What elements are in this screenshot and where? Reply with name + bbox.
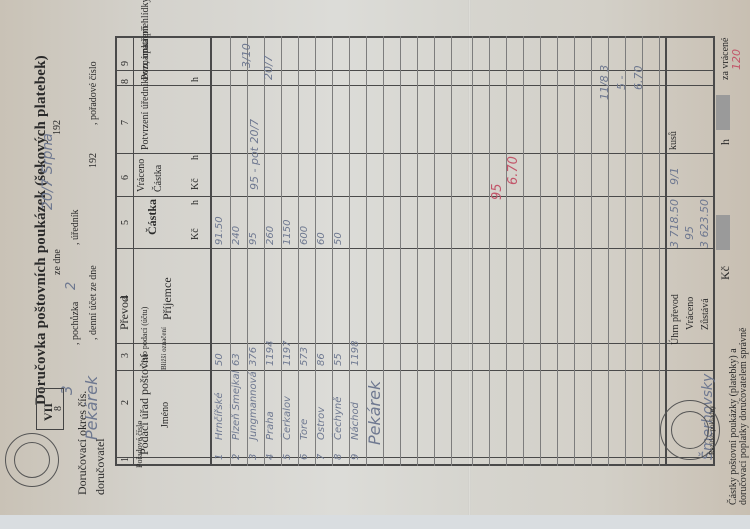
header-divider	[210, 36, 212, 466]
summary-value-uhrn: 3 718.50	[668, 199, 681, 248]
red-annotation-1: 95	[490, 183, 505, 200]
stamp-label: Razítko pokladny	[708, 405, 716, 455]
col-7-num: 7	[120, 120, 131, 125]
remark-1: 20/7	[262, 55, 275, 80]
col-2-num: 2	[120, 400, 131, 405]
row-8-office: Čechyně	[333, 397, 344, 440]
label-denni-ucet: , denní účet ze dne	[88, 265, 99, 340]
document-sheet: Doručovka poštovních poukázek (šekových …	[0, 0, 750, 515]
right-note-3: 6.70	[632, 66, 645, 91]
footer-h: h	[718, 139, 733, 145]
col-5-sub-h: h	[190, 200, 201, 205]
row-7-amount: 60	[316, 232, 327, 245]
paper-fold	[468, 0, 471, 515]
box-stamp-number: 8	[53, 406, 64, 411]
row-9-num: 9	[350, 454, 361, 460]
col-4-label: Příjemce	[160, 277, 175, 320]
summary-value-vraceno: 95	[683, 226, 696, 240]
col-9-num: 9	[120, 61, 131, 66]
row-5-num: 5	[282, 454, 293, 460]
row-1-num: 1	[214, 454, 225, 460]
col-2-sub-name: Jméno	[160, 402, 171, 428]
col-6-sub-kc: Kč	[190, 178, 201, 190]
col-4-num: 4	[120, 295, 131, 300]
row-5-acct: 1197	[282, 341, 293, 366]
district-box-stamp: VII 8	[36, 388, 64, 430]
col-9-label: Poznámka přehlídky	[140, 0, 151, 80]
returned-note: 95 - pot 20/7	[248, 119, 261, 190]
handwritten-pochuzka: 2	[64, 282, 79, 290]
row-9-office: Náchod	[350, 402, 361, 440]
row-5-office: Čerkalov	[282, 396, 293, 440]
col-2-sub-detail: Bližší označení	[160, 327, 168, 370]
label-poradove-cislo: , pořadové číslo	[88, 61, 99, 125]
right-note-1: 11/8 3	[598, 65, 611, 100]
row-9-acct: 1198	[350, 341, 361, 366]
col-3-label: Číslo podací (účtu)	[140, 307, 149, 368]
right-note-2: 5 -	[615, 76, 628, 90]
row-1-office: Hrnčířské	[214, 392, 225, 440]
col-6-sub-castka: Částka	[153, 165, 164, 192]
label-ze-dne: ze dne	[52, 249, 63, 275]
label-dorucovatel: doručovatel	[93, 438, 108, 495]
footer-line2: doručovací poplatky doručovatelem správn…	[738, 328, 749, 505]
kusu-value: 9/1	[668, 167, 681, 185]
col-6-label: Vráceno	[136, 159, 147, 192]
label-pochuzka: , pochůzka	[70, 302, 81, 345]
row-3-num: 3	[248, 454, 259, 460]
row-3-office: Jungmannová	[248, 371, 259, 440]
row-5-amount: 1150	[282, 220, 293, 245]
row-1-amount: 91.50	[214, 216, 225, 245]
row-8-acct: 55	[333, 353, 344, 366]
col-2-label: Podací úřad poštovní	[137, 354, 152, 455]
row-2-num: 2	[231, 454, 242, 460]
label-year-b: 192	[88, 153, 99, 168]
row-7-office: Ostrov	[316, 407, 327, 440]
row-4-amount: 260	[265, 226, 276, 245]
handwritten-date: 20/7 Srpna	[40, 133, 56, 210]
row-8-num: 8	[333, 454, 344, 460]
col-5-sub-kc: Kč	[190, 228, 201, 240]
summary-divider	[665, 36, 667, 466]
redacted-block-1	[716, 215, 730, 250]
row-6-acct: 573	[299, 347, 310, 366]
row-6-office: Tore	[299, 419, 310, 440]
footer-kc: Kč	[718, 266, 733, 280]
row-2-office: Plzeň Šmejkal	[231, 371, 242, 440]
row-1-acct: 50	[214, 353, 225, 366]
document-title: Doručovka poštovních poukázek (šekových …	[33, 55, 50, 405]
col-5-label: Částka	[145, 199, 160, 235]
header-num-divider	[133, 36, 134, 466]
summary-label-zustava: Zůstává	[700, 298, 711, 330]
col-5-num: 5	[120, 220, 131, 225]
footer-za-vracene: za vrácené	[720, 38, 731, 80]
col-3-num: 3	[120, 353, 131, 358]
row-2-acct: 63	[231, 353, 242, 366]
col-6-sub-h: h	[190, 155, 201, 160]
red-annotation-2: 6.70	[506, 156, 521, 185]
col-8-num: 8	[120, 79, 131, 84]
row-2-amount: 240	[231, 226, 242, 245]
row-4-office: Praha	[265, 411, 276, 440]
row-4-acct: 1194	[265, 341, 276, 366]
summary-label-uhrn: Úhrn převod	[670, 294, 681, 345]
col-1-num: 1	[120, 457, 131, 462]
row-3-acct: 376	[248, 347, 259, 366]
row-7-acct: 86	[316, 353, 327, 366]
table-left-border	[115, 36, 117, 466]
row-7-num: 7	[316, 454, 327, 460]
label-urednik: , úředník	[70, 209, 81, 245]
row-4-num: 4	[265, 454, 276, 460]
redacted-block-2	[716, 95, 730, 130]
col-6-num: 6	[120, 175, 131, 180]
prevod-label: Převod	[117, 296, 132, 330]
signature-in-table: Pekárek	[365, 381, 384, 445]
row-8-amount: 50	[333, 232, 344, 245]
row-6-num: 6	[299, 454, 310, 460]
red-annotation-3: 120	[730, 49, 743, 70]
handwritten-dorucovatel: Pekárek	[82, 376, 101, 440]
row-3-amount: 95	[248, 232, 259, 245]
row-6-amount: 600	[299, 226, 310, 245]
summary-value-zustava: 3 623.50	[698, 199, 711, 248]
summary-label-vraceno: Vráceno	[685, 297, 696, 330]
kusu-label: kusů	[668, 131, 679, 150]
remark-2: 3/10	[240, 43, 253, 68]
col-8-sub-h: h	[190, 77, 201, 82]
postmark-left	[5, 433, 59, 487]
